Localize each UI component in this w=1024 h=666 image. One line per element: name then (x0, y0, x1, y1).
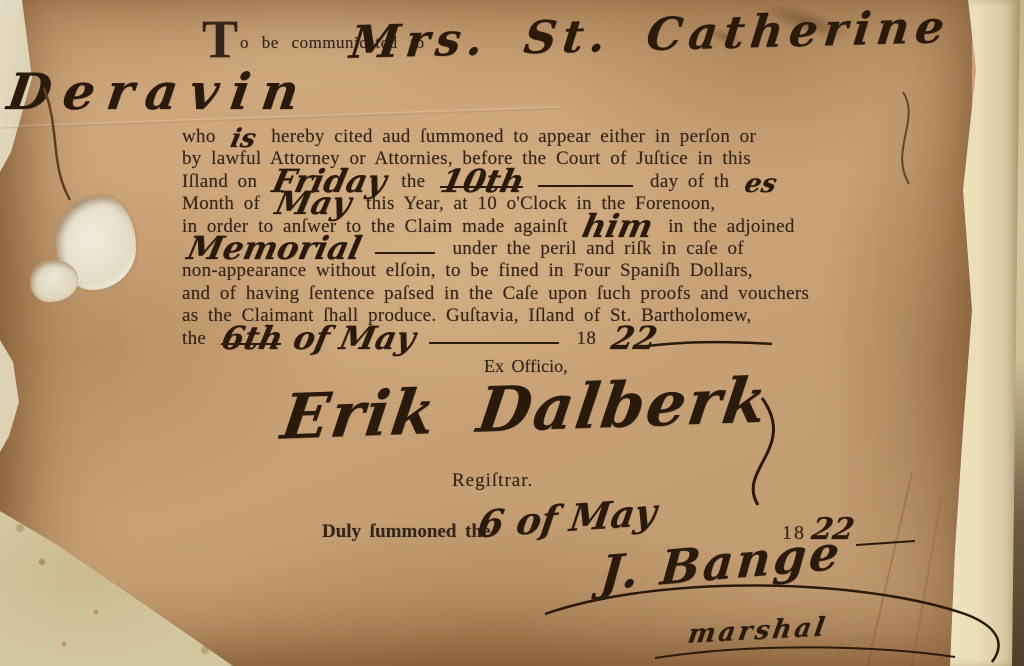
body-line: and of having ſentence paſsed in the Caſ… (182, 283, 912, 305)
body-line: Month of May this Year, at 10 o'Clock in… (182, 193, 912, 215)
printed-text: in the adjoined (659, 216, 795, 237)
printed-text: the (392, 171, 435, 192)
body-line: Memorial under the peril and riſk in caſ… (182, 238, 912, 260)
blank-line (429, 330, 559, 344)
handwritten-text: him (582, 221, 653, 231)
summons-document: T o be communicated to Mrs. St. Catherin… (0, 0, 1024, 666)
summons-body-text: who is hereby cited aud ſummoned to appe… (182, 126, 912, 350)
printed-text: day of th (641, 171, 739, 192)
duly-summoned-label: Duly ſummoned the (322, 521, 490, 543)
handwritten-text: May (275, 198, 352, 208)
printed-text: hereby cited aud ſummoned to appear eith… (262, 126, 756, 147)
registrar-signature: Erik Dalberk (277, 363, 773, 453)
blank-line (538, 173, 633, 187)
handwritten-text: 10th (440, 176, 525, 188)
handwritten-text: of May (293, 333, 416, 343)
body-line: as the Claimant ſhall produce. Guſtavia,… (182, 305, 912, 327)
body-line: the 6th of May 18 22 (182, 328, 912, 350)
handwritten-text: 22 (611, 333, 658, 343)
printed-text: the (182, 328, 216, 349)
printed-text: this Year, at 10 o'Clock in the Forenoon… (356, 193, 715, 214)
handwritten-text: 6th (220, 333, 283, 345)
body-line: who is hereby cited aud ſummoned to appe… (182, 126, 912, 148)
scanned-document-photo: T o be communicated to Mrs. St. Catherin… (0, 0, 1024, 666)
printed-text: 18 (567, 328, 606, 349)
torn-edge-left (0, 340, 22, 455)
recipient-name-handwritten: Mrs. St. Catherine (347, 0, 953, 69)
printed-text: Iſland on (182, 171, 267, 192)
summons-date-handwritten: 6 of May (475, 490, 659, 547)
registrar-title: Regiſtrar. (452, 470, 533, 492)
handwritten-text: Memorial (187, 243, 362, 253)
recipient-surname-handwritten: Deravin (4, 62, 315, 121)
printed-text: and of having ſentence paſsed in the Caſ… (182, 283, 809, 304)
blank-line (375, 240, 435, 254)
paper-crease (910, 501, 941, 666)
dropcap-initial: T (202, 8, 238, 70)
handwritten-text: es (744, 179, 777, 189)
handwritten-text: is (230, 134, 257, 144)
printed-text: who (182, 126, 225, 147)
paper-hole-small (30, 260, 78, 302)
paper-crease (865, 472, 913, 666)
printed-text: Month of (182, 193, 270, 214)
